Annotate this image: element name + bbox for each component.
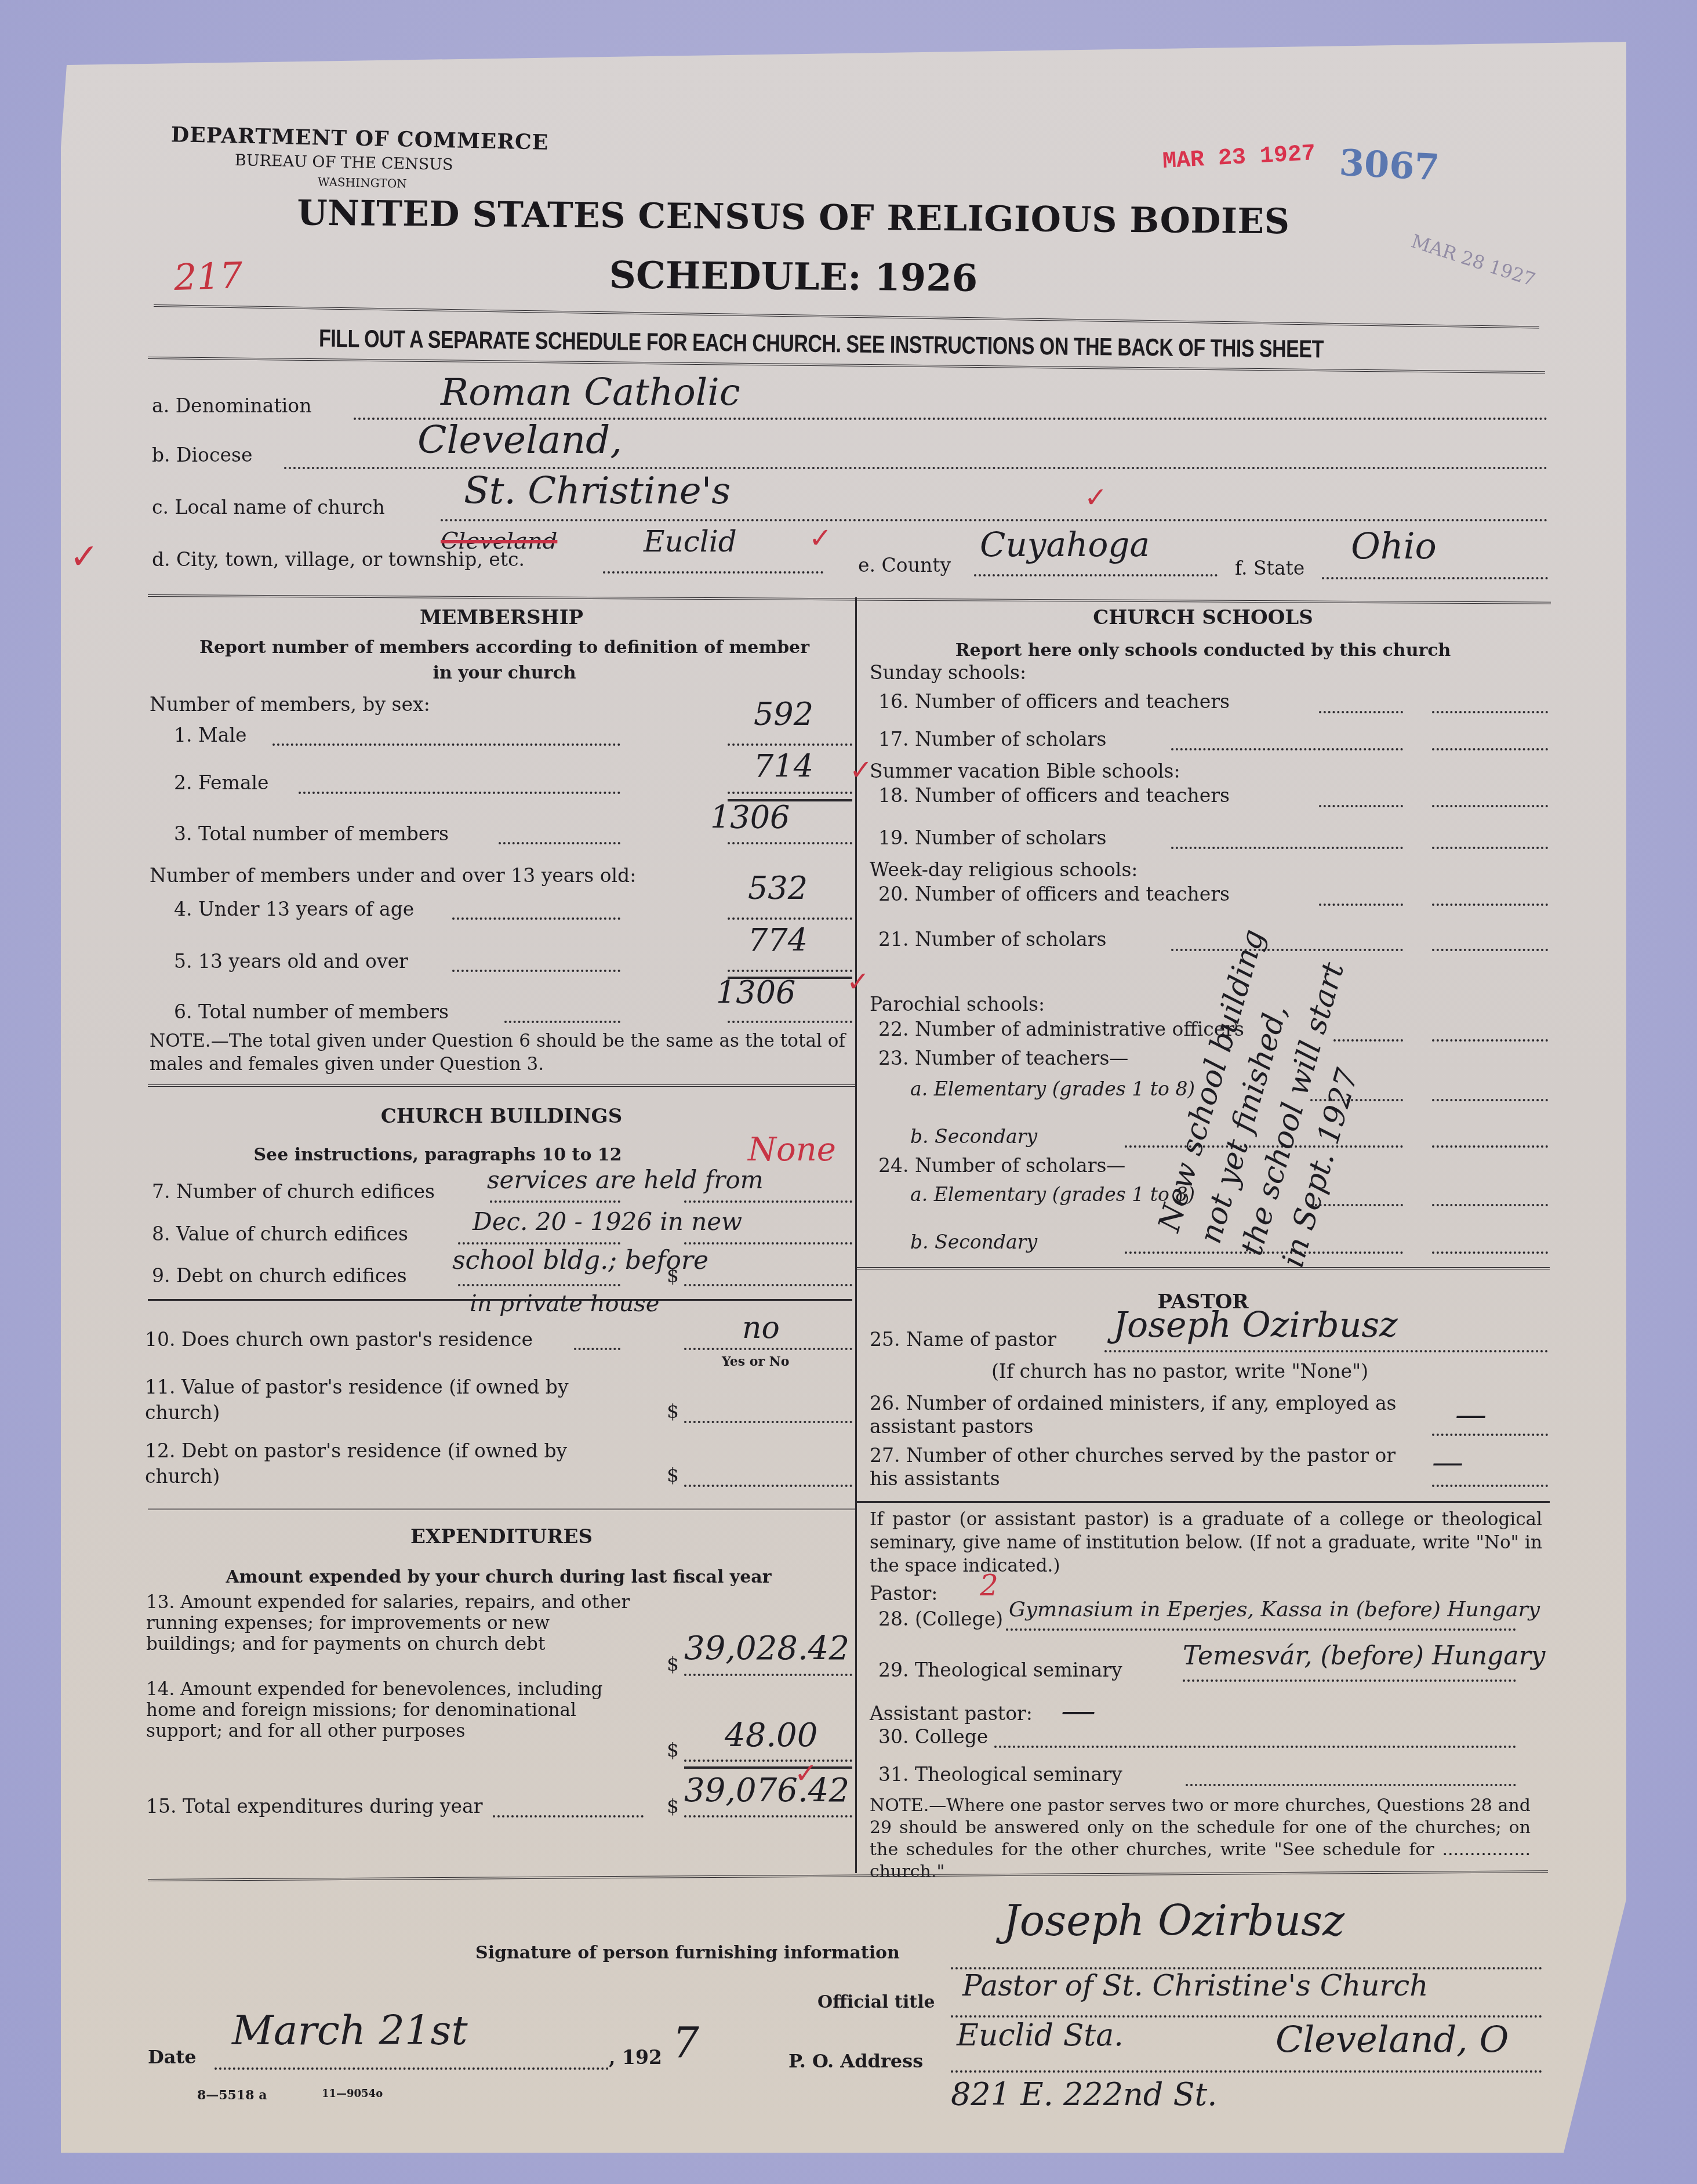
q23a-answer-line bbox=[1432, 1099, 1548, 1101]
church-name-label: c. Local name of church bbox=[152, 496, 385, 518]
q7-edifices-field[interactable]: services are held from bbox=[487, 1166, 764, 1194]
q31-label: 31. Theological seminary bbox=[878, 1763, 1122, 1786]
q23b-answer-line bbox=[1432, 1145, 1548, 1148]
expenditures-title: EXPENDITURES bbox=[148, 1525, 855, 1548]
sunday-schools-heading: Sunday schools: bbox=[870, 661, 1026, 684]
q25-label: 25. Name of pastor bbox=[870, 1328, 1056, 1351]
weekday-schools-heading: Week-day religious schools: bbox=[870, 858, 1138, 881]
county-line bbox=[974, 574, 1218, 576]
q5-13plus-field[interactable]: 774 bbox=[748, 922, 808, 959]
q18-label: 18. Number of officers and teachers bbox=[878, 784, 1230, 807]
q26-assistant-count-field[interactable]: — bbox=[1455, 1396, 1487, 1433]
state-line bbox=[1322, 577, 1548, 579]
q25-hint: (If church has no pastor, write "None") bbox=[991, 1360, 1368, 1383]
q29-label: 29. Theological seminary bbox=[878, 1659, 1122, 1681]
q13-answer-line bbox=[684, 1674, 852, 1676]
address-city-field[interactable]: Cleveland, O bbox=[1276, 2018, 1509, 2060]
q17-label: 17. Number of scholars bbox=[878, 728, 1106, 750]
q2-answer-line bbox=[728, 792, 852, 794]
q6-line bbox=[504, 1021, 620, 1023]
q30-college-field[interactable]: — bbox=[1061, 1690, 1096, 1731]
by-sex-heading: Number of members, by sex: bbox=[150, 693, 430, 716]
q23b-label: b. Secondary bbox=[910, 1125, 1037, 1148]
q12-label: 12. Debt on pastor's residence (if owned… bbox=[145, 1438, 632, 1489]
q23a-label: a. Elementary (grades 1 to 8) bbox=[910, 1078, 1195, 1100]
form-number-2: 11—9054o bbox=[322, 2088, 383, 2100]
pastor-note: NOTE.—Where one pastor serves two or mor… bbox=[870, 1795, 1531, 1883]
county-field[interactable]: Cuyahoga bbox=[980, 525, 1150, 564]
q14-sum-rule bbox=[684, 1766, 852, 1769]
q26-answer-line bbox=[1432, 1434, 1548, 1436]
parochial-schools-heading: Parochial schools: bbox=[870, 993, 1045, 1015]
q2-female-field[interactable]: 714 bbox=[754, 748, 813, 785]
q7-answer-line bbox=[684, 1200, 852, 1203]
q21-label: 21. Number of scholars bbox=[878, 928, 1106, 950]
assistant-pastor-heading: Assistant pastor: bbox=[870, 1702, 1033, 1725]
q18-answer-line bbox=[1432, 805, 1548, 807]
q15-currency: $ bbox=[667, 1795, 679, 1817]
pastor-subdivider bbox=[857, 1501, 1550, 1503]
graduate-instruction: If pastor (or assistant pastor) is a gra… bbox=[870, 1508, 1542, 1577]
q30-line bbox=[994, 1746, 1516, 1748]
q14-answer-line bbox=[684, 1759, 852, 1762]
schools-subtitle: Report here only schools conducted by th… bbox=[858, 638, 1548, 663]
address-label: P. O. Address bbox=[788, 2050, 923, 2072]
q20-answer-line bbox=[1432, 904, 1548, 906]
city-field[interactable]: Euclid bbox=[644, 525, 737, 558]
q10-hint: Yes or No bbox=[722, 1354, 790, 1369]
q14-label: 14. Amount expended for benevolences, in… bbox=[146, 1679, 633, 1742]
q22-label: 22. Number of administrative officers bbox=[878, 1018, 1244, 1040]
q13-running-expenses-field[interactable]: 39,028.42 bbox=[684, 1630, 849, 1667]
q12-debt-field[interactable] bbox=[684, 1485, 852, 1487]
pastor-heading: Pastor: bbox=[870, 1582, 937, 1605]
q29-line bbox=[1183, 1679, 1516, 1682]
city-heading: WASHINGTON bbox=[318, 175, 407, 190]
buildings-subtitle: See instructions, paragraphs 10 to 12 bbox=[148, 1142, 728, 1168]
q9-line bbox=[458, 1284, 620, 1286]
q4-answer-line bbox=[728, 917, 852, 920]
official-title-label: Official title bbox=[817, 1992, 935, 2012]
address-station-field[interactable]: Euclid Sta. bbox=[957, 2018, 1124, 2053]
q27-answer-line bbox=[1432, 1485, 1548, 1487]
q28-line bbox=[1006, 1628, 1516, 1631]
q9-answer-line bbox=[684, 1284, 852, 1286]
q16-field[interactable] bbox=[1319, 711, 1403, 713]
q25-pastor-name-field[interactable]: Joseph Ozirbusz bbox=[1113, 1305, 1398, 1345]
schools-divider bbox=[857, 1267, 1550, 1273]
diocese-label: b. Diocese bbox=[152, 444, 252, 466]
q20-label: 20. Number of officers and teachers bbox=[878, 883, 1230, 905]
denomination-field[interactable]: Roman Catholic bbox=[441, 371, 740, 414]
city-line bbox=[603, 571, 823, 574]
q1-line bbox=[272, 743, 620, 746]
q21-answer-line bbox=[1432, 949, 1548, 951]
city-check-icon: ✓ bbox=[809, 522, 832, 554]
buildings-subdivider bbox=[148, 1299, 852, 1301]
q6-total-field[interactable]: 1306 bbox=[716, 974, 795, 1011]
q6-label: 6. Total number of members bbox=[174, 1000, 449, 1023]
official-title-field[interactable]: Pastor of St. Christine's Church bbox=[962, 1969, 1428, 2002]
q27-other-churches-field[interactable]: — bbox=[1432, 1444, 1463, 1481]
q6-answer-line bbox=[728, 1021, 852, 1023]
by-age-heading: Number of members under and over 13 year… bbox=[150, 864, 636, 887]
q19-label: 19. Number of scholars bbox=[878, 826, 1106, 849]
q29-seminary-field[interactable]: Temesvár, (before) Hungary bbox=[1183, 1641, 1545, 1671]
schools-title: CHURCH SCHOOLS bbox=[858, 606, 1548, 629]
membership-title: MEMBERSHIP bbox=[148, 606, 855, 629]
q7-label: 7. Number of church edifices bbox=[152, 1180, 435, 1203]
q10-answer-line bbox=[684, 1348, 852, 1350]
expenditures-subtitle: Amount expended by your church during la… bbox=[162, 1565, 835, 1590]
q23-label: 23. Number of teachers— bbox=[878, 1047, 1128, 1069]
state-label: f. State bbox=[1235, 557, 1304, 579]
q1-answer-line bbox=[728, 743, 852, 746]
diocese-field[interactable]: Cleveland, bbox=[417, 418, 622, 462]
date-line bbox=[215, 2067, 609, 2070]
diocese-line bbox=[284, 467, 1548, 469]
column-divider bbox=[855, 597, 857, 1873]
file-number-stamp: 3067 bbox=[1338, 142, 1440, 189]
q30-label: 30. College bbox=[878, 1725, 988, 1748]
q24-label: 24. Number of scholars— bbox=[878, 1154, 1125, 1177]
official-title-line bbox=[951, 2015, 1542, 2018]
q17-answer-line bbox=[1432, 748, 1548, 750]
membership-note: NOTE.—The total given under Question 6 s… bbox=[150, 1029, 845, 1076]
signature-field[interactable]: Joseph Ozirbusz bbox=[1003, 1896, 1344, 1945]
q8-label: 8. Value of church edifices bbox=[152, 1222, 408, 1245]
q3-line bbox=[499, 842, 620, 844]
q19-field[interactable] bbox=[1171, 847, 1403, 849]
q19-answer-line bbox=[1432, 847, 1548, 849]
q20-field[interactable] bbox=[1319, 904, 1403, 906]
q4-line bbox=[452, 917, 620, 920]
date-label: Date bbox=[148, 2046, 197, 2068]
q24a-label: a. Elementary (grades 1 to 8) bbox=[910, 1183, 1195, 1206]
q8-line bbox=[458, 1242, 620, 1245]
q14-currency: $ bbox=[667, 1739, 679, 1761]
q5-line bbox=[452, 970, 620, 972]
margin-red-check-icon: ✓ bbox=[70, 536, 99, 577]
form-number-1: 8—5518 a bbox=[197, 2088, 267, 2103]
county-label: e. County bbox=[858, 554, 951, 576]
buildings-divider bbox=[148, 1508, 855, 1514]
q31-seminary-field[interactable] bbox=[1186, 1784, 1516, 1786]
q10-residence-field[interactable]: no bbox=[742, 1311, 780, 1345]
q11-currency: $ bbox=[667, 1400, 679, 1423]
q24a-answer-line bbox=[1432, 1204, 1548, 1206]
q1-label: 1. Male bbox=[174, 724, 247, 746]
q25-line bbox=[1104, 1350, 1548, 1352]
membership-subtitle: Report number of members according to de… bbox=[191, 635, 817, 686]
q13-currency: $ bbox=[667, 1653, 679, 1675]
q3-label: 3. Total number of members bbox=[174, 822, 449, 845]
address-line bbox=[951, 2070, 1542, 2073]
q2-label: 2. Female bbox=[174, 771, 269, 794]
q1-male-field[interactable]: 592 bbox=[754, 696, 813, 732]
church-name-field[interactable]: St. Christine's bbox=[464, 470, 731, 513]
q28-college-field[interactable]: Gymnasium in Eperjes, Kassa in (before) … bbox=[1009, 1598, 1540, 1621]
buildings-red-note: None bbox=[748, 1131, 836, 1169]
q18-field[interactable] bbox=[1319, 805, 1403, 807]
q24b-label: b. Secondary bbox=[910, 1231, 1037, 1253]
margin-red-number: 217 bbox=[173, 254, 244, 299]
q5-label: 5. 13 years old and over bbox=[174, 950, 408, 973]
q14-benevolences-field[interactable]: 48.00 bbox=[725, 1717, 817, 1754]
church-name-line bbox=[441, 519, 1548, 521]
q16-answer-line bbox=[1432, 711, 1548, 713]
vacation-schools-heading: Summer vacation Bible schools: bbox=[870, 760, 1180, 782]
q22-answer-line bbox=[1432, 1039, 1548, 1042]
q9-debt-field[interactable]: school bldg.; before bbox=[452, 1246, 708, 1275]
q26-label: 26. Number of ordained ministers, if any… bbox=[870, 1392, 1409, 1438]
q4-label: 4. Under 13 years of age bbox=[174, 898, 414, 920]
q5-answer-line bbox=[728, 970, 852, 972]
date-field[interactable]: March 21st bbox=[232, 2007, 468, 2054]
q12-currency: $ bbox=[667, 1464, 679, 1486]
q16-label: 16. Number of officers and teachers bbox=[878, 690, 1230, 713]
q8-answer-line bbox=[684, 1242, 852, 1245]
membership-divider bbox=[148, 1084, 855, 1090]
q24b-answer-line bbox=[1432, 1251, 1548, 1254]
q10-line bbox=[574, 1348, 620, 1350]
state-field[interactable]: Ohio bbox=[1351, 525, 1437, 567]
q3-answer-line bbox=[728, 842, 852, 844]
q17-field[interactable] bbox=[1171, 748, 1403, 750]
city-struck-value: Cleveland bbox=[441, 528, 557, 554]
q11-value-field[interactable] bbox=[684, 1421, 852, 1423]
q2-line bbox=[299, 792, 620, 794]
q15-answer-line bbox=[684, 1815, 852, 1817]
q7-line bbox=[490, 1200, 620, 1203]
q6-check-icon: ✓ bbox=[846, 966, 870, 998]
q4-under13-field[interactable]: 532 bbox=[748, 870, 808, 906]
q15-total-field[interactable]: 39,076.42 bbox=[684, 1772, 849, 1809]
q15-line bbox=[493, 1815, 644, 1817]
address-street-field[interactable]: 821 E. 222nd St. bbox=[951, 2076, 1217, 2113]
q28-label: 28. (College) bbox=[878, 1608, 1003, 1630]
q3-total-field[interactable]: 1306 bbox=[710, 799, 790, 836]
q11-label: 11. Value of pastor's residence (if owne… bbox=[145, 1374, 632, 1425]
year-field[interactable]: 7 bbox=[673, 2018, 699, 2067]
q8-value-field[interactable]: Dec. 20 - 1926 in new bbox=[473, 1207, 742, 1236]
q10-label: 10. Does church own pastor's residence bbox=[145, 1328, 533, 1351]
q15-label: 15. Total expenditures during year bbox=[146, 1795, 482, 1817]
denomination-label: a. Denomination bbox=[152, 394, 311, 417]
pastor-red-mark: 2 bbox=[980, 1569, 998, 1602]
signature-label: Signature of person furnishing informati… bbox=[475, 1943, 900, 1963]
year-prefix: , 192 bbox=[609, 2046, 662, 2069]
buildings-title: CHURCH BUILDINGS bbox=[148, 1105, 855, 1128]
q13-label: 13. Amount expended for salaries, repair… bbox=[146, 1592, 633, 1655]
q9-label: 9. Debt on church edifices bbox=[152, 1264, 407, 1287]
q27-label: 27. Number of other churches served by t… bbox=[870, 1444, 1409, 1490]
county-check-icon: ✓ bbox=[1084, 481, 1107, 514]
q9-continuation: in private house bbox=[470, 1290, 660, 1317]
